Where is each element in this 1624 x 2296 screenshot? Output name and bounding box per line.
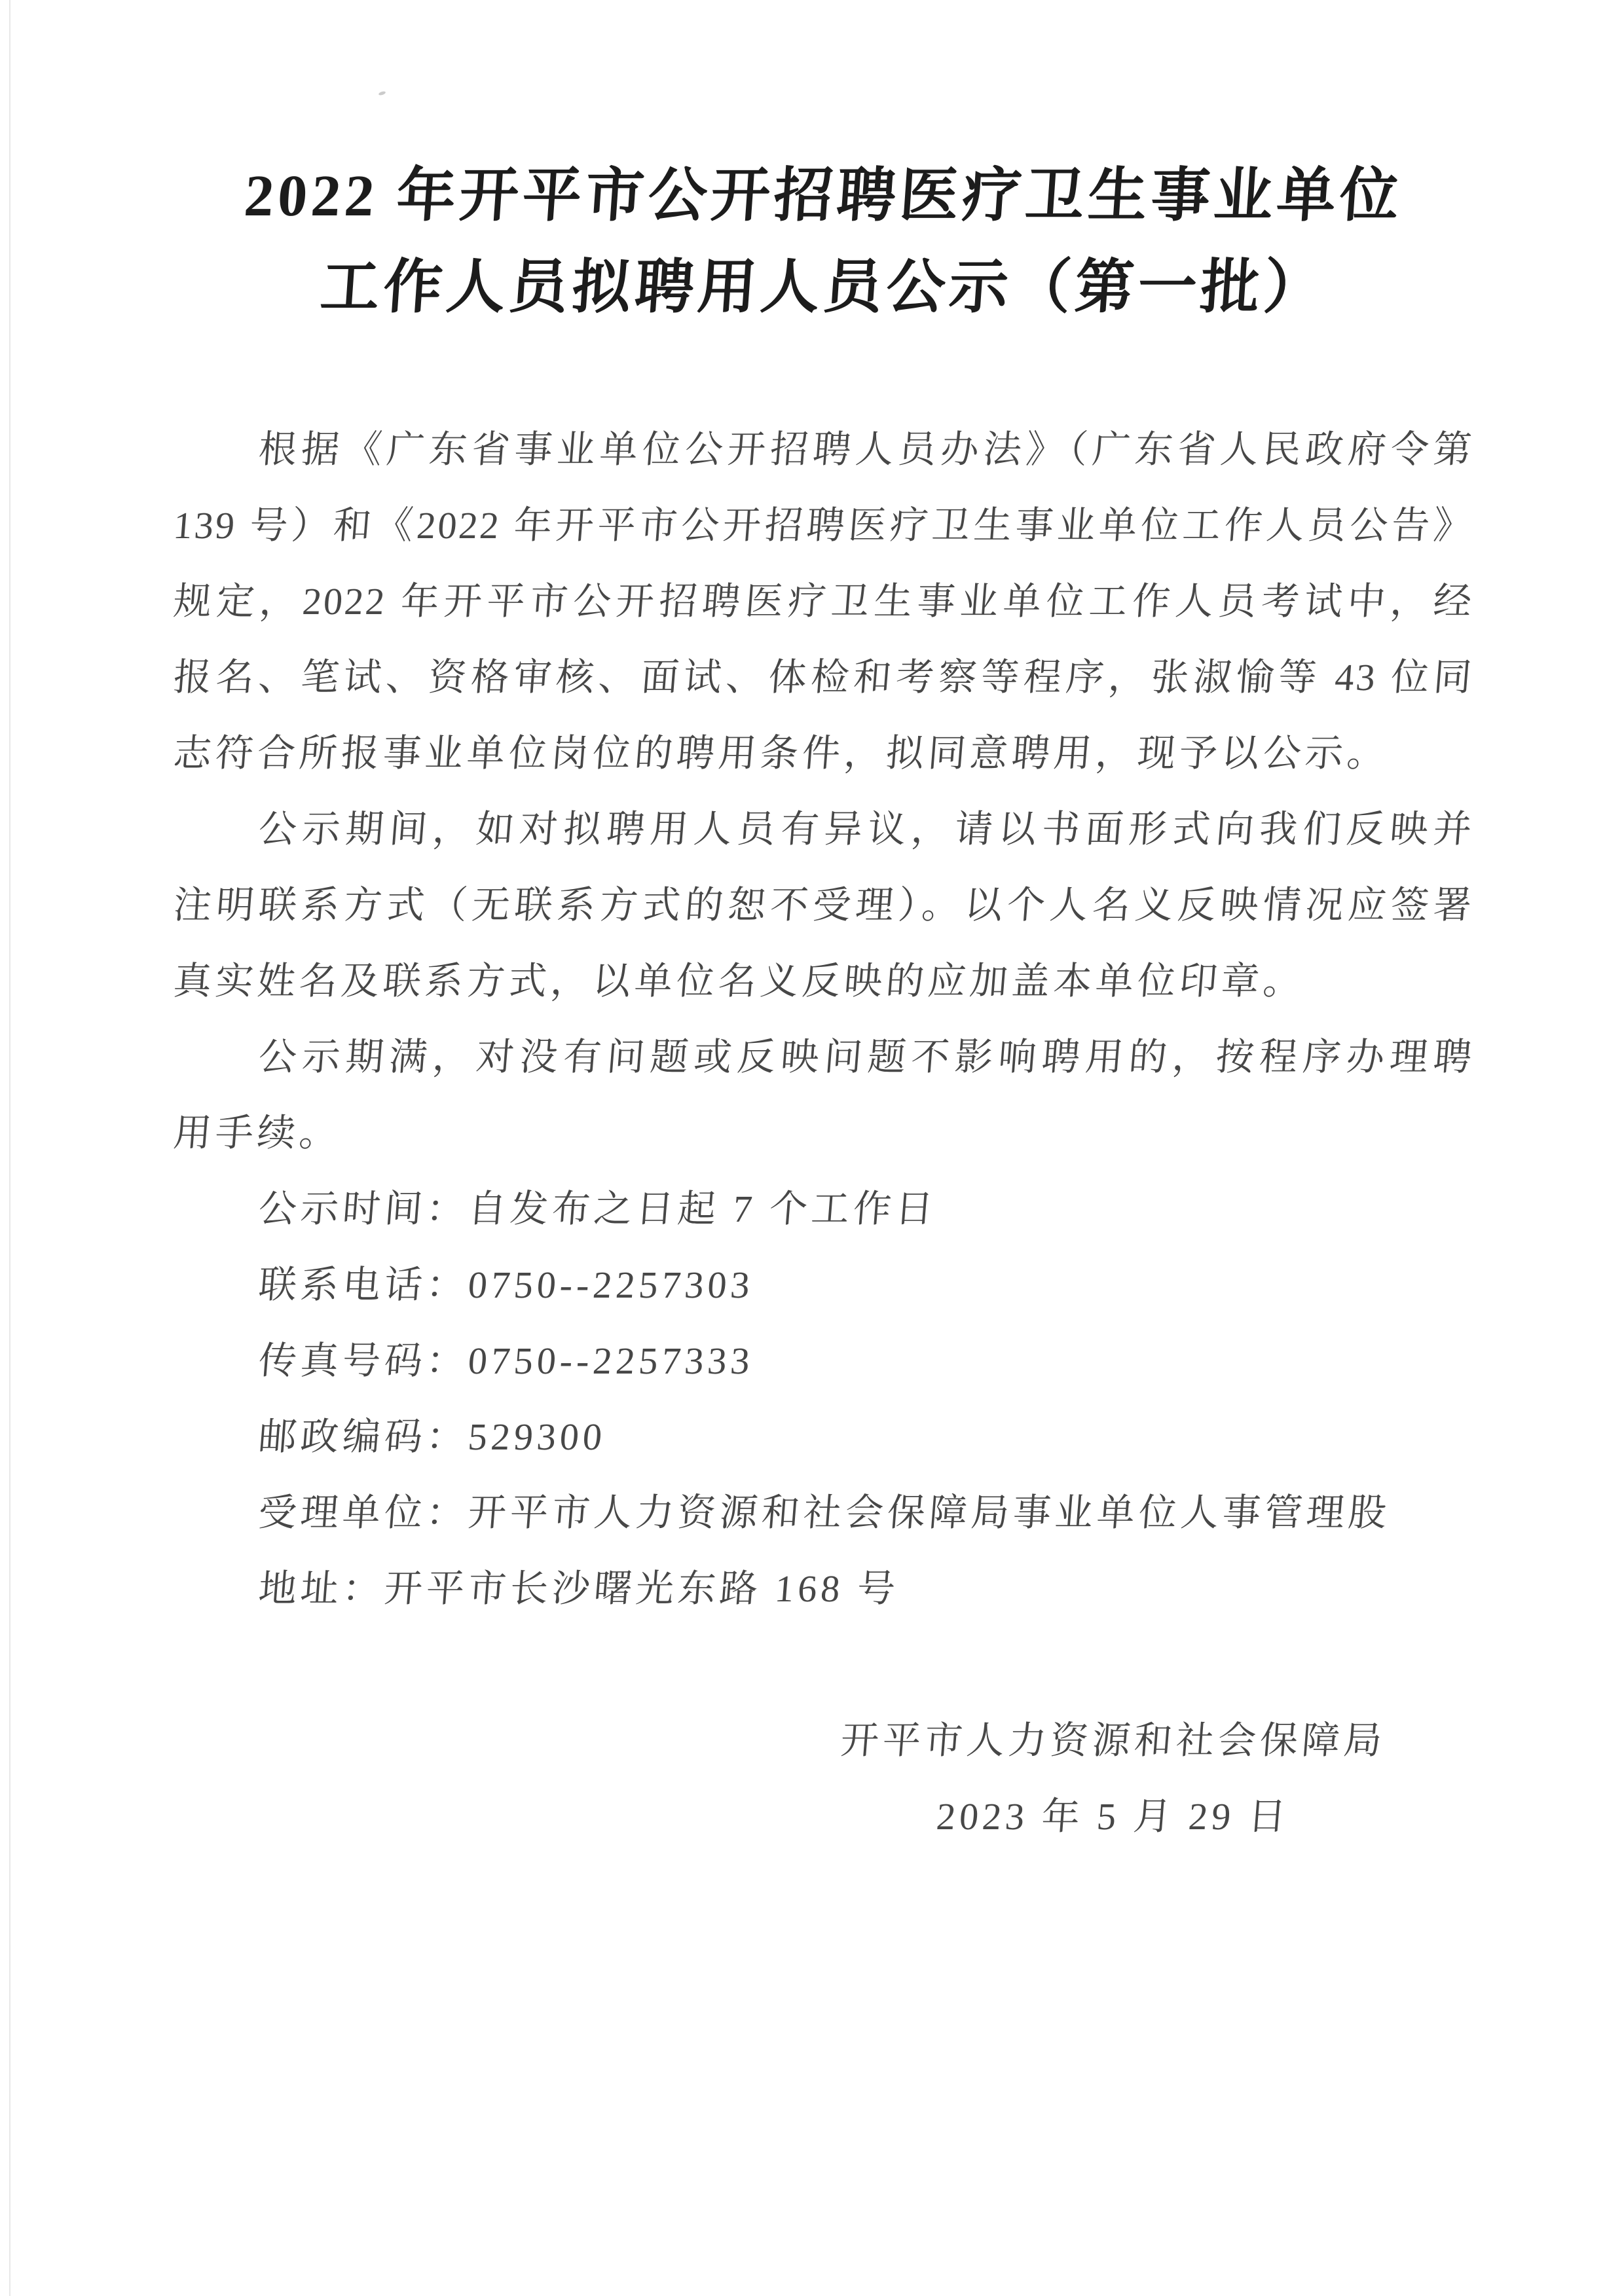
text-line: 公示期间，如对拟聘用人员有异议，请以书面形式向我们反映并	[170, 792, 1476, 867]
document-title: 2022 年开平市公开招聘医疗卫生事业单位工作人员拟聘用人员公示（第一批）	[174, 151, 1473, 334]
text-line: 报名、笔试、资格审核、面试、体检和考察等程序，张淑愉等 43 位同	[170, 640, 1476, 716]
document-body: 根据《广东省事业单位公开招聘人员办法》（广东省人民政府令第139 号）和《202…	[174, 412, 1473, 1627]
document-title-line: 2022 年开平市公开招聘医疗卫生事业单位	[170, 151, 1477, 242]
text-line: 真实姓名及联系方式，以单位名义反映的应加盖本单位印章。	[170, 943, 1476, 1019]
signature-block: 开平市人力资源和社会保障局 2023 年 5 月 29 日	[841, 1703, 1386, 1855]
text-line: 用手续。	[170, 1095, 1476, 1171]
text-line: 规定，2022 年开平市公开招聘医疗卫生事业单位工作人员考试中，经	[170, 564, 1476, 640]
text-line: 邮政编码：529300	[170, 1399, 1476, 1475]
text-line: 传真号码：0750--2257333	[170, 1323, 1476, 1399]
scan-artifact-edge-line	[9, 0, 10, 2296]
signature-org: 开平市人力资源和社会保障局	[838, 1703, 1388, 1779]
text-line: 139 号）和《2022 年开平市公开招聘医疗卫生事业单位工作人员公告》	[170, 488, 1476, 564]
text-line: 受理单位：开平市人力资源和社会保障局事业单位人事管理股	[170, 1475, 1476, 1551]
scanned-document-page: 2022 年开平市公开招聘医疗卫生事业单位工作人员拟聘用人员公示（第一批） 根据…	[0, 0, 1624, 2296]
scan-artifact-speck	[378, 90, 386, 96]
text-line: 公示期满，对没有问题或反映问题不影响聘用的，按程序办理聘	[170, 1019, 1476, 1095]
text-line: 地址：开平市长沙曙光东路 168 号	[170, 1551, 1476, 1627]
text-line: 联系电话：0750--2257303	[170, 1247, 1476, 1323]
text-line: 根据《广东省事业单位公开招聘人员办法》（广东省人民政府令第	[170, 412, 1476, 488]
document-title-line: 工作人员拟聘用人员公示（第一批）	[170, 242, 1477, 334]
signature-date: 2023 年 5 月 29 日	[838, 1779, 1388, 1855]
text-line: 注明联系方式（无联系方式的恕不受理）。以个人名义反映情况应签署	[170, 867, 1476, 943]
text-line: 志符合所报事业单位岗位的聘用条件，拟同意聘用，现予以公示。	[170, 716, 1476, 792]
text-line: 公示时间：自发布之日起 7 个工作日	[170, 1171, 1476, 1247]
